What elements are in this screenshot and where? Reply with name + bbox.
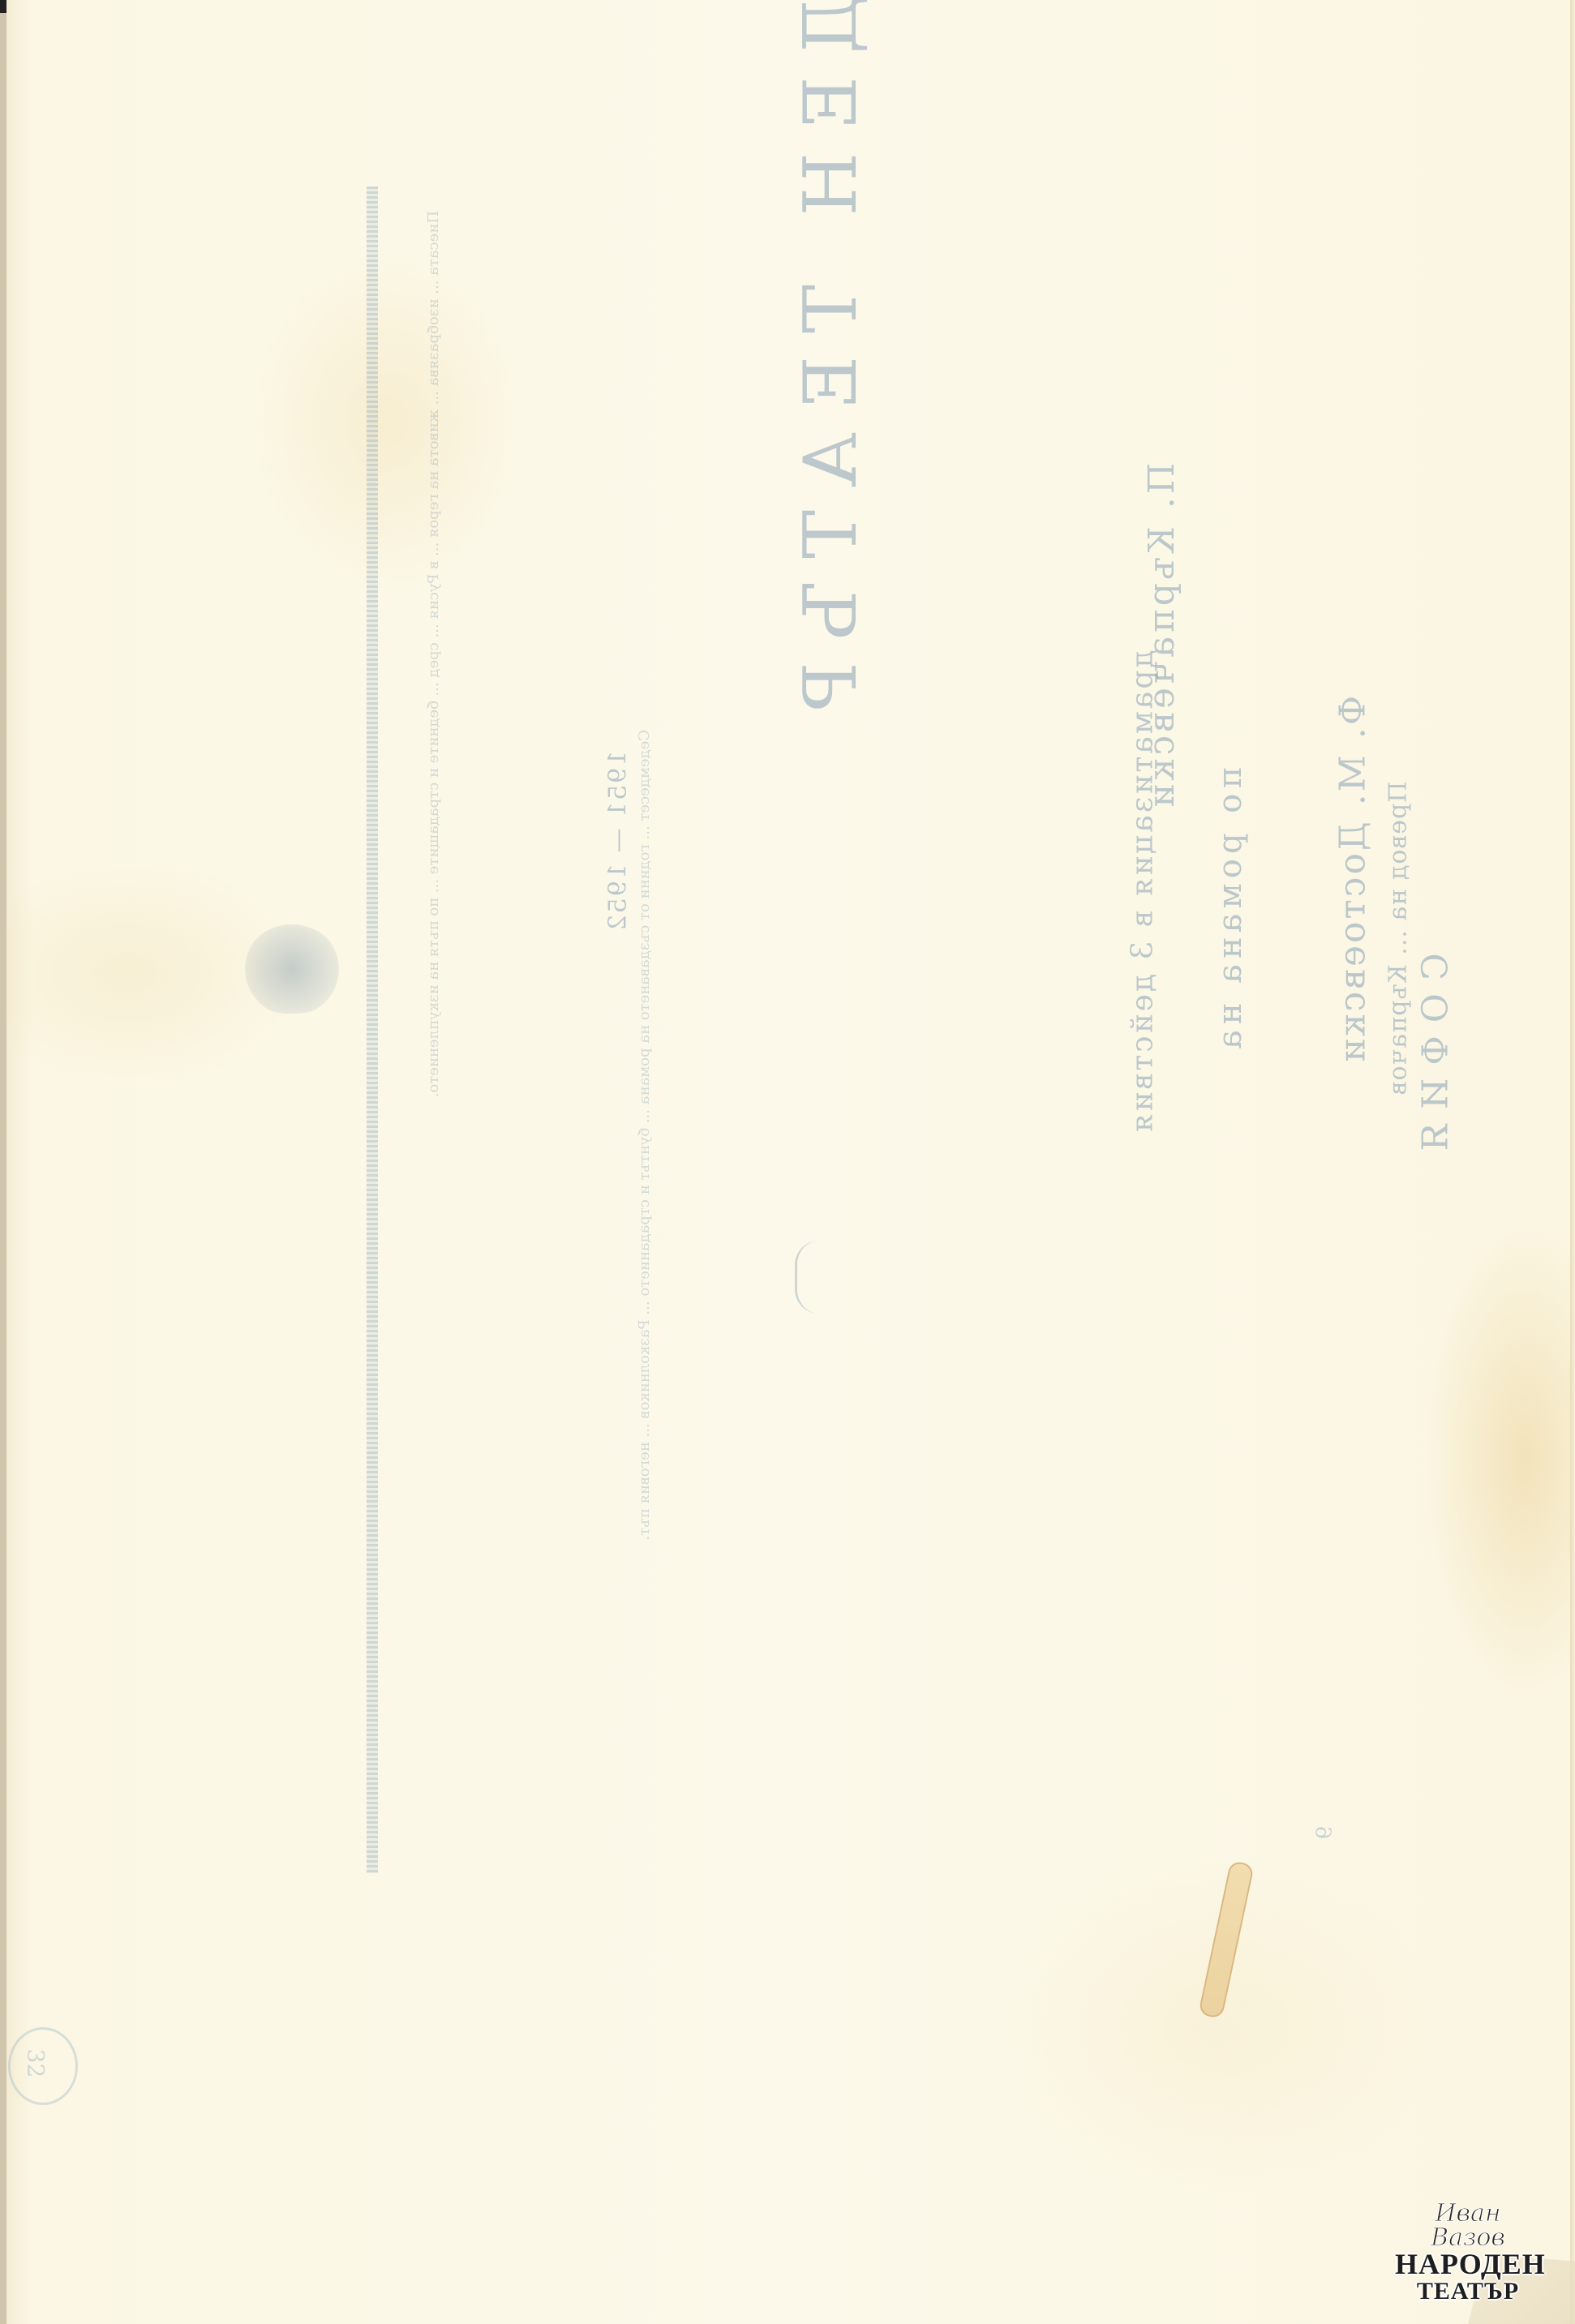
- watermark-signature: Иван Вазов: [1395, 2202, 1541, 2250]
- translation-credit: Превод на ... Кърпачов: [1384, 782, 1412, 1096]
- program-paragraph: Пиесата ... изобразява ... живота на гер…: [422, 211, 446, 2035]
- page-left-edge: [0, 0, 6, 2324]
- adapter-credit: П. Кърпачевски: [1141, 463, 1182, 811]
- watermark-logo: Иван Вазов НАРОДЕН ТЕАТЪР: [1395, 2202, 1541, 2305]
- ornament-icon: [795, 1241, 846, 1314]
- page-right-edge: [1570, 0, 1575, 2324]
- novel-credit: по романа на: [1212, 767, 1249, 1054]
- decorative-border-rule: [367, 187, 378, 1873]
- program-paragraph-secondary: Седемдесет ... години от създаването на …: [633, 730, 657, 1824]
- page-number: 9: [1312, 1826, 1337, 1840]
- season-label: 1951 — 1952: [603, 751, 632, 933]
- theatre-name-heading: НАРОДЕН ТЕАТЪР: [788, 0, 873, 734]
- stamp-label: 32: [22, 2049, 49, 2078]
- city-label: СОФИЯ: [1415, 953, 1457, 1164]
- theatre-emblem-icon: [243, 924, 341, 1014]
- watermark-line-1: НАРОДЕН: [1395, 2250, 1541, 2278]
- watermark-line-2: ТЕАТЪР: [1395, 2278, 1541, 2305]
- scan-corner-mark: [0, 0, 6, 13]
- author-name: Ф. М. Достоевски: [1332, 696, 1373, 1066]
